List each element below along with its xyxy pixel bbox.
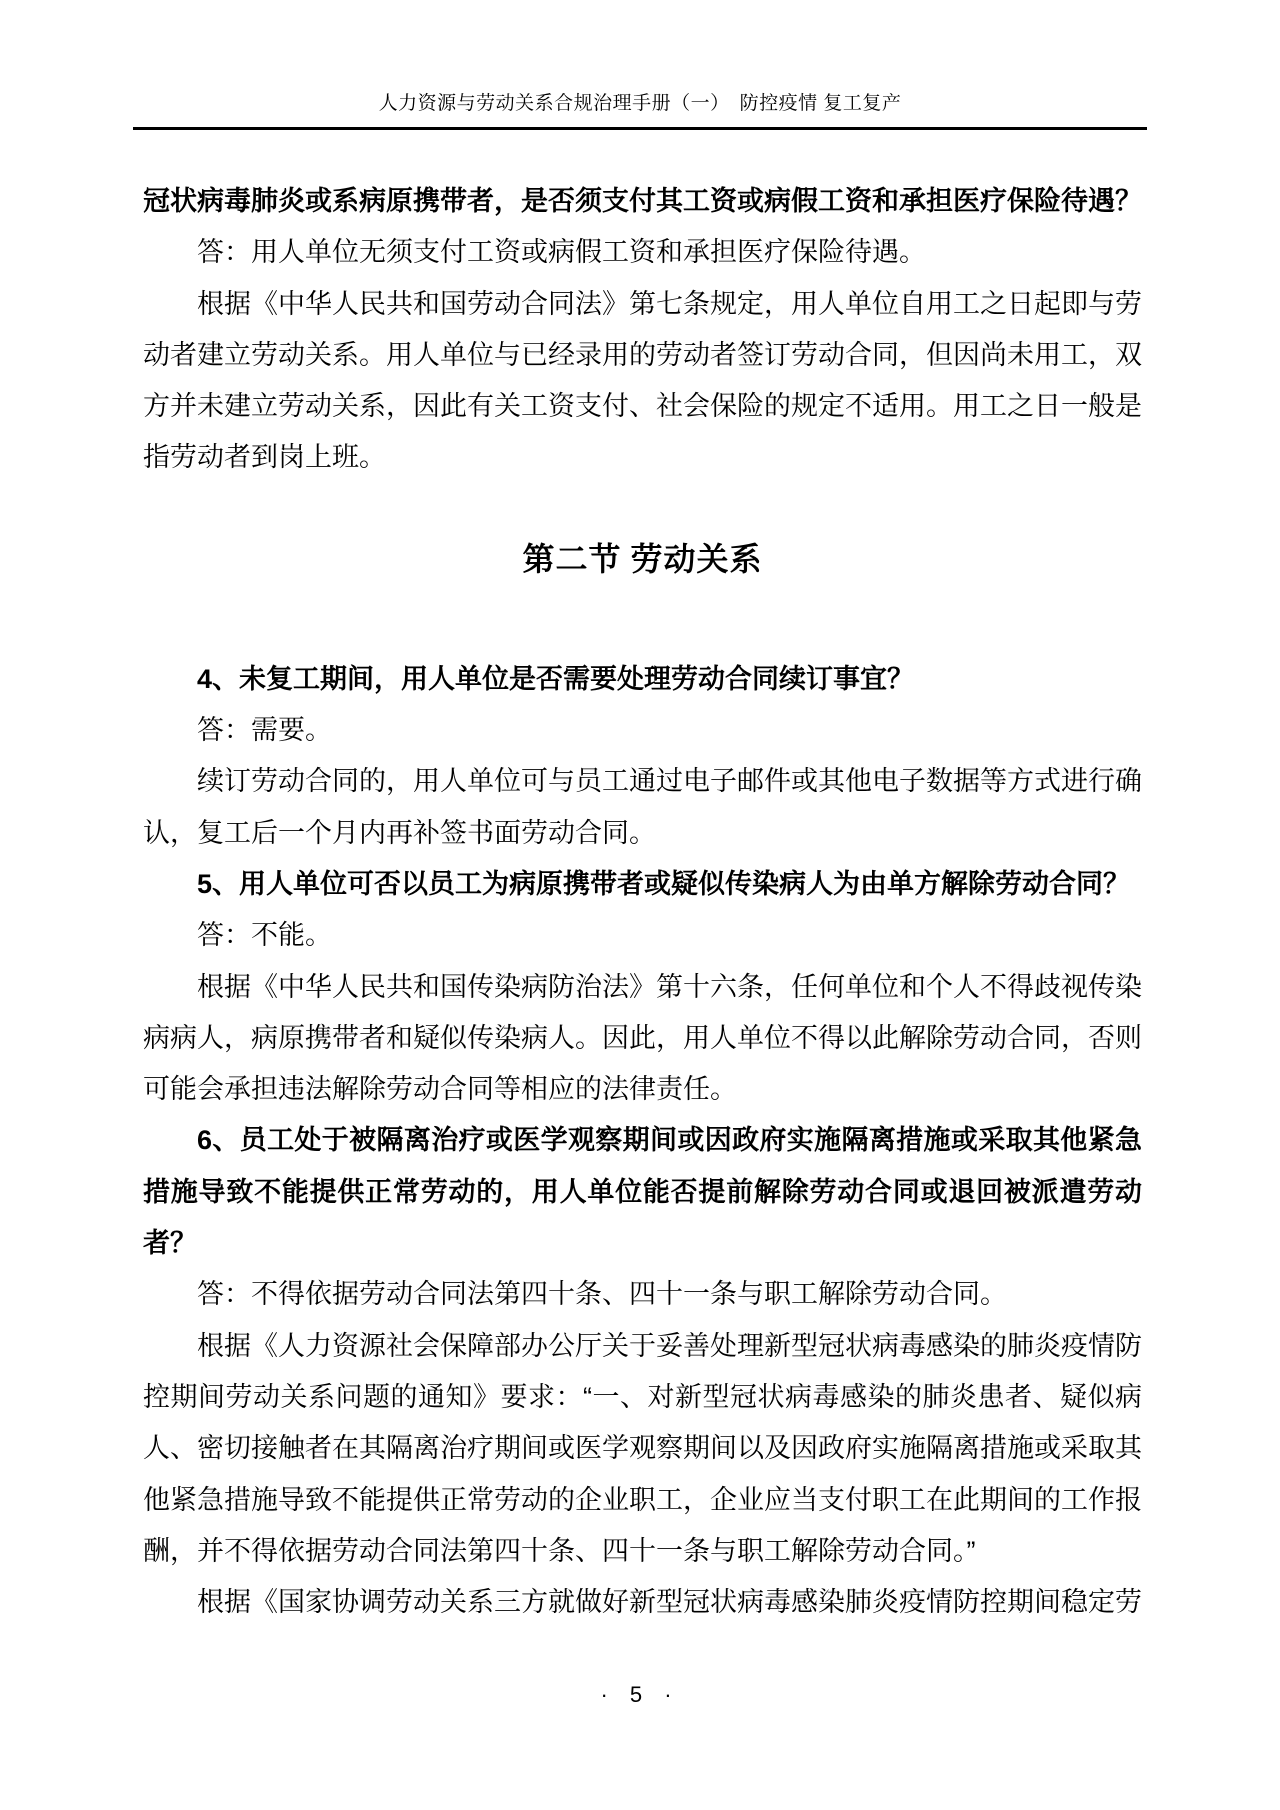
section-heading: 第二节 劳动关系 xyxy=(143,533,1142,585)
page-header: 人力资源与劳动关系合规治理手册（一） 防控疫情 复工复产 xyxy=(133,92,1147,130)
header-title: 人力资源与劳动关系合规治理手册（一） 防控疫情 复工复产 xyxy=(379,93,902,114)
document-page: 人力资源与劳动关系合规治理手册（一） 防控疫情 复工复产 冠状病毒肺炎或系病原携… xyxy=(0,0,1280,1810)
question-paragraph: 5、用人单位可否以员工为病原携带者或疑似传染病人为由单方解除劳动合同？ xyxy=(143,859,1142,910)
page-footer: · 5 · xyxy=(0,1682,1280,1708)
body-paragraph: 根据《人力资源社会保障部办公厅关于妥善处理新型冠状病毒感染的肺炎疫情防控期间劳动… xyxy=(143,1321,1142,1577)
page-number: · 5 · xyxy=(600,1682,679,1707)
body-paragraph: 根据《国家协调劳动关系三方就做好新型冠状病毒感染肺炎疫情防控期间稳定劳 xyxy=(143,1577,1142,1628)
body-paragraph: 根据《中华人民共和国劳动合同法》第七条规定，用人单位自用工之日起即与劳动者建立劳… xyxy=(143,279,1142,484)
question-paragraph: 4、未复工期间，用人单位是否需要处理劳动合同续订事宜？ xyxy=(143,654,1142,705)
answer-paragraph: 答：不得依据劳动合同法第四十条、四十一条与职工解除劳动合同。 xyxy=(143,1269,1142,1320)
body-paragraph: 根据《中华人民共和国传染病防治法》第十六条，任何单位和个人不得歧视传染病病人，病… xyxy=(143,962,1142,1116)
question-paragraph: 冠状病毒肺炎或系病原携带者，是否须支付其工资或病假工资和承担医疗保险待遇？ xyxy=(143,176,1142,227)
answer-paragraph: 答：需要。 xyxy=(143,705,1142,756)
question-paragraph: 6、员工处于被隔离治疗或医学观察期间或因政府实施隔离措施或采取其他紧急措施导致不… xyxy=(143,1115,1142,1269)
answer-paragraph: 答：不能。 xyxy=(143,910,1142,961)
answer-paragraph: 答：用人单位无须支付工资或病假工资和承担医疗保险待遇。 xyxy=(143,227,1142,278)
document-body: 冠状病毒肺炎或系病原携带者，是否须支付其工资或病假工资和承担医疗保险待遇？答：用… xyxy=(143,176,1142,1628)
body-paragraph: 续订劳动合同的，用人单位可与员工通过电子邮件或其他电子数据等方式进行确认，复工后… xyxy=(143,756,1142,859)
